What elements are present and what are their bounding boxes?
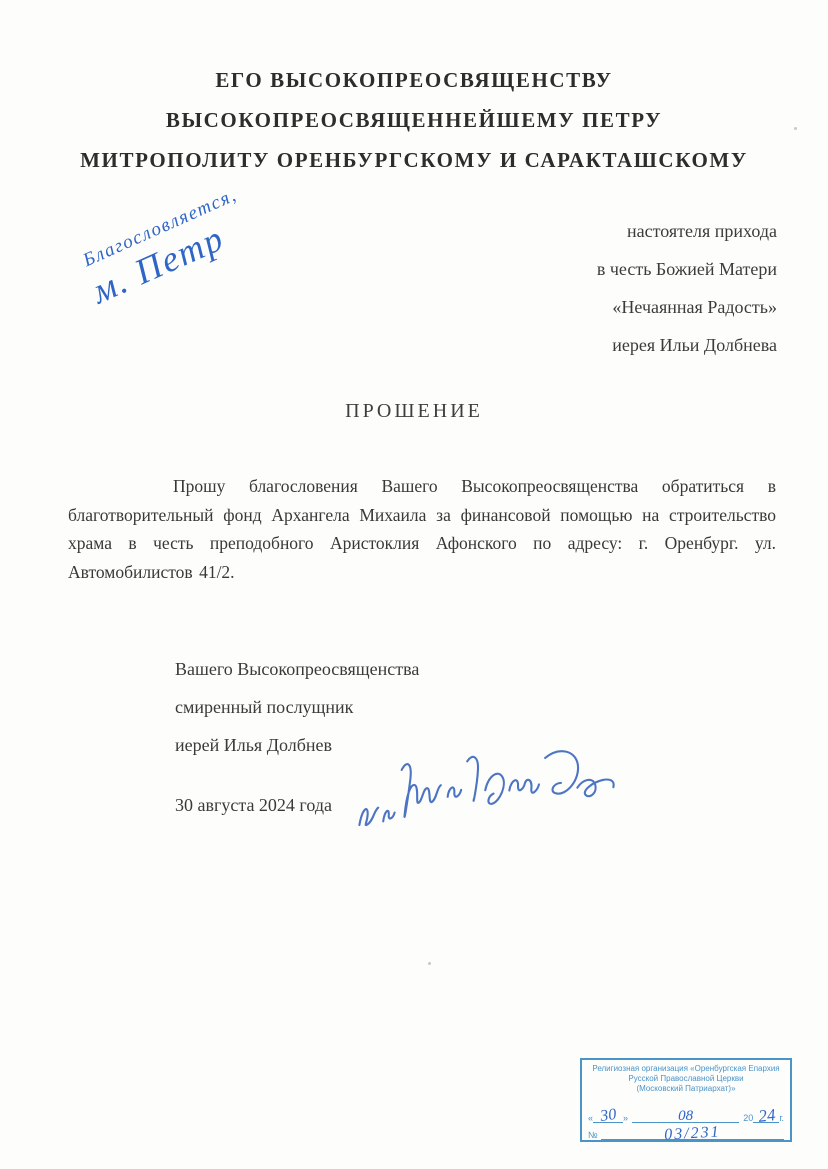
stamp-org-name: Религиозная организация «Оренбургская Еп… xyxy=(588,1064,784,1094)
stamp-org-line: Русской Православной Церкви xyxy=(588,1074,784,1084)
document-title: ПРОШЕНИЕ xyxy=(0,400,828,423)
stamp-org-line: Религиозная организация «Оренбургская Еп… xyxy=(588,1064,784,1074)
addressee-line: ВЫСОКОПРЕОСВЯЩЕННЕЙШЕМУ ПЕТРУ xyxy=(0,100,828,140)
sender-line: в честь Божией Матери xyxy=(597,250,777,288)
signature-scribble-icon xyxy=(349,741,627,856)
petition-body: Прошу благословения Вашего Высокопреосвя… xyxy=(68,472,776,586)
closing-line: смиренный послущник xyxy=(175,688,419,726)
scan-speck xyxy=(794,127,797,130)
scanned-petition-document: ЕГО ВЫСОКОПРЕОСВЯЩЕНСТВУ ВЫСОКОПРЕОСВЯЩЕ… xyxy=(0,0,828,1169)
stamp-year-slot: 24 xyxy=(753,1102,779,1123)
date-line: 30 августа 2024 года xyxy=(175,795,332,816)
sender-line: «Нечаянная Радость» xyxy=(597,288,777,326)
handwritten-resolution: Благословляется, м. Петр xyxy=(80,185,258,311)
closing-line: Вашего Высокопреосвященства xyxy=(175,650,419,688)
addressee-line: МИТРОПОЛИТУ ОРЕНБУРГСКОМУ И САРАКТАШСКОМ… xyxy=(0,140,828,180)
stamp-year-value: 24 xyxy=(757,1105,776,1127)
stamp-month-value: 08 xyxy=(678,1108,693,1125)
closing-block: Вашего Высокопреосвященства смиренный по… xyxy=(175,650,419,764)
sender-block: настоятеля прихода в честь Божией Матери… xyxy=(597,212,777,364)
addressee-header: ЕГО ВЫСОКОПРЕОСВЯЩЕНСТВУ ВЫСОКОПРЕОСВЯЩЕ… xyxy=(0,60,828,180)
sender-line: настоятеля прихода xyxy=(597,212,777,250)
addressee-line: ЕГО ВЫСОКОПРЕОСВЯЩЕНСТВУ xyxy=(0,60,828,100)
stamp-number-label: № xyxy=(588,1130,598,1140)
priest-signature xyxy=(349,741,627,861)
scan-speck xyxy=(428,962,431,965)
stamp-day-value: 30 xyxy=(599,1106,617,1126)
sender-line: иерея Ильи Долбнева xyxy=(597,326,777,364)
stamp-number-value: 03/231 xyxy=(664,1124,721,1145)
stamp-org-line: (Московский Патриархат)» xyxy=(588,1084,784,1094)
diocese-registration-stamp: Религиозная организация «Оренбургская Еп… xyxy=(580,1058,792,1142)
stamp-date-row: « 30 » 08 20 24 г. xyxy=(588,1102,784,1123)
